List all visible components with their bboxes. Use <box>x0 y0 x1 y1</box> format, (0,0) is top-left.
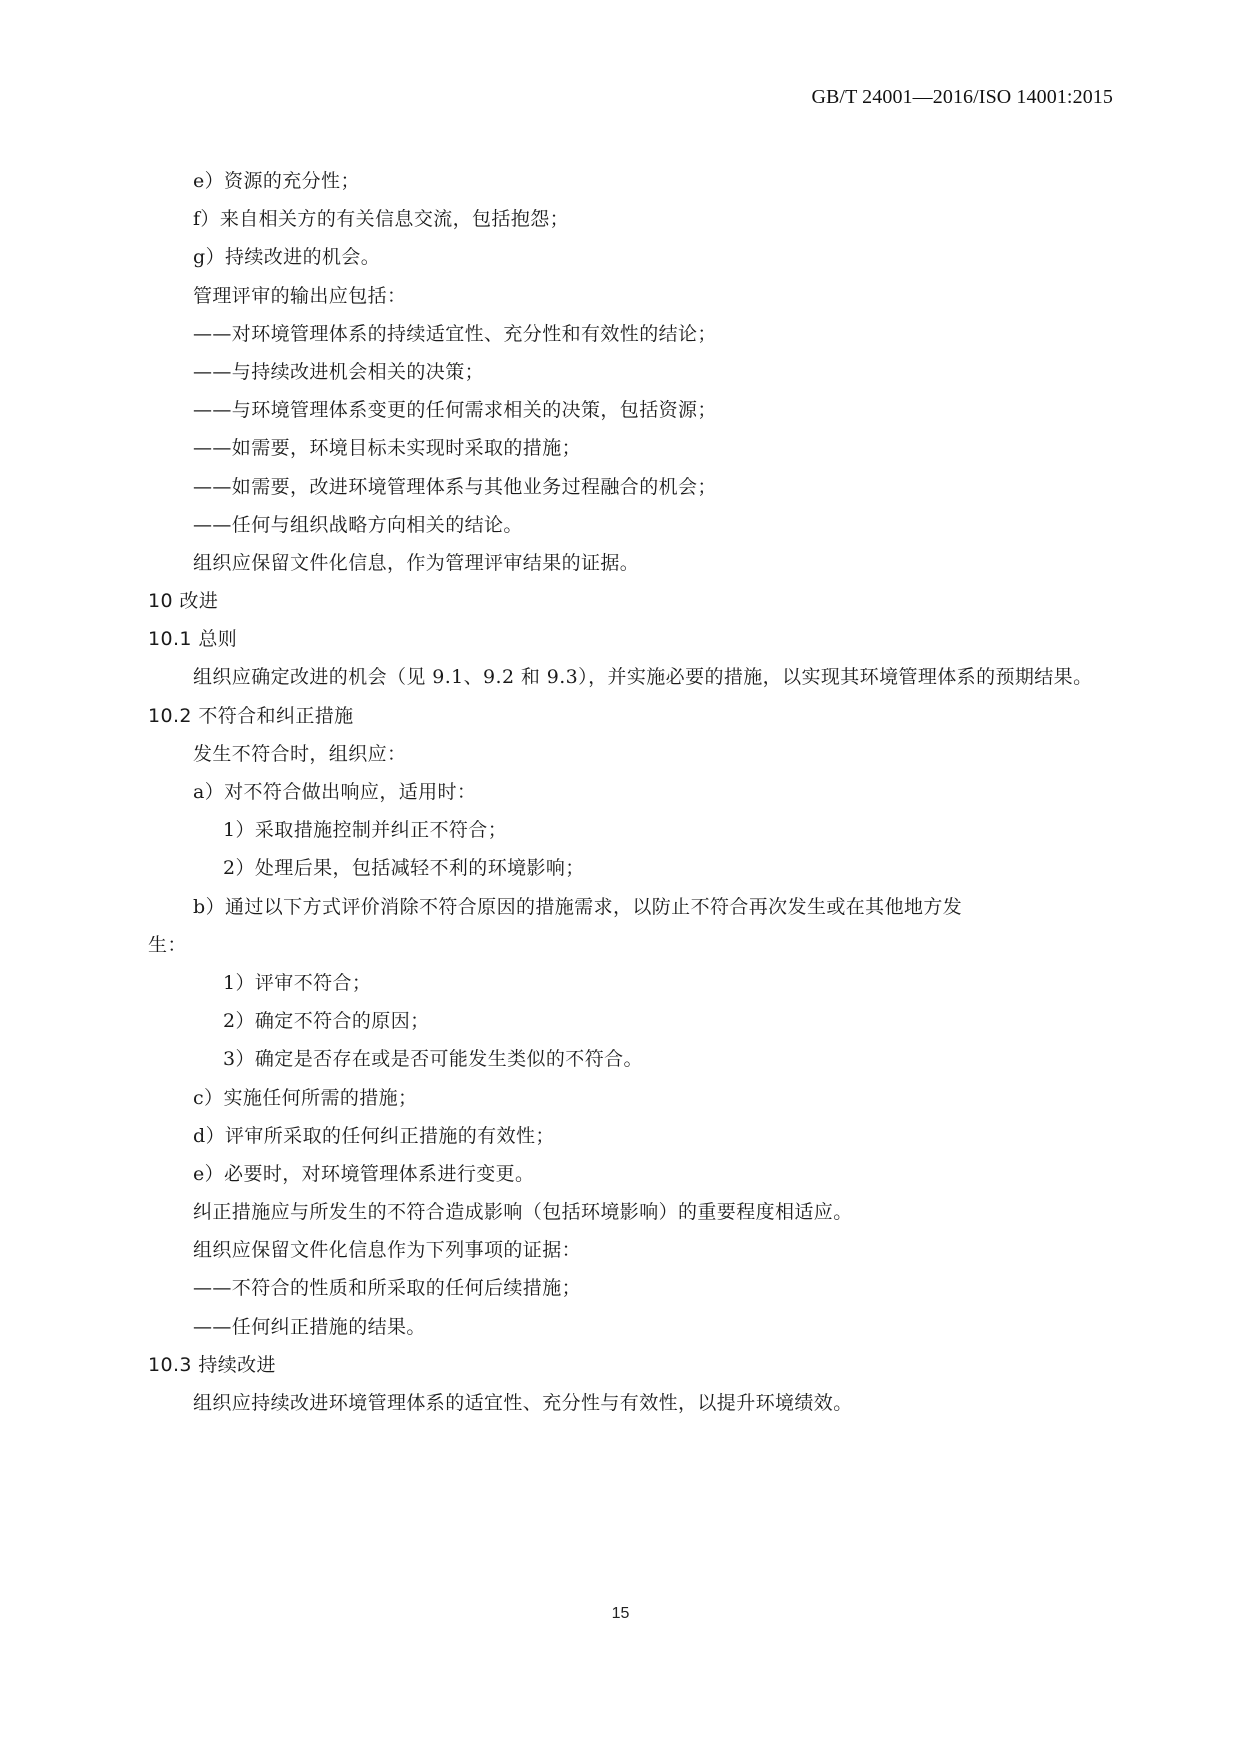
section-heading-10-3: 10.3 持续改进 <box>148 1346 1098 1384</box>
page-number: 15 <box>0 1605 1241 1623</box>
list-item-d: d）评审所采取的任何纠正措施的有效性； <box>148 1117 1098 1155</box>
evidence-intro: 组织应保留文件化信息作为下列事项的证据： <box>148 1231 1098 1269</box>
list-item-e: e）必要时，对环境管理体系进行变更。 <box>148 1155 1098 1193</box>
proportion-paragraph: 纠正措施应与所发生的不符合造成影响（包括环境影响）的重要程度相适应。 <box>148 1193 1098 1231</box>
section-heading-10-2: 10.2 不符合和纠正措施 <box>148 697 1098 735</box>
dash-list-item: ——对环境管理体系的持续适宜性、充分性和有效性的结论； <box>148 315 1098 353</box>
section-heading-10-1: 10.1 总则 <box>148 620 1098 658</box>
document-body: e）资源的充分性； f）来自相关方的有关信息交流，包括抱怨； g）持续改进的机会… <box>148 162 1098 1422</box>
dash-list-item: ——任何与组织战略方向相关的结论。 <box>148 506 1098 544</box>
list-item-c: c）实施任何所需的措施； <box>148 1079 1098 1117</box>
section-10-3-paragraph: 组织应持续改进环境管理体系的适宜性、充分性与有效性，以提升环境绩效。 <box>148 1384 1098 1422</box>
list-item-b-continuation: 生： <box>148 926 1098 964</box>
section-10-2-intro: 发生不符合时，组织应： <box>148 735 1098 773</box>
list-item-g: g）持续改进的机会。 <box>148 238 1098 276</box>
list-item-e: e）资源的充分性； <box>148 162 1098 200</box>
dash-list-item: ——如需要，改进环境管理体系与其他业务过程融合的机会； <box>148 468 1098 506</box>
sub-list-item-b2: 2）确定不符合的原因； <box>148 1002 1098 1040</box>
review-retention-paragraph: 组织应保留文件化信息，作为管理评审结果的证据。 <box>148 544 1098 582</box>
review-outputs-intro: 管理评审的输出应包括： <box>148 277 1098 315</box>
list-item-b: b）通过以下方式评价消除不符合原因的措施需求，以防止不符合再次发生或在其他地方发 <box>148 888 1098 926</box>
dash-list-item: ——如需要，环境目标未实现时采取的措施； <box>148 429 1098 467</box>
standard-code-header: GB/T 24001—2016/ISO 14001:2015 <box>811 86 1113 109</box>
list-item-a: a）对不符合做出响应，适用时： <box>148 773 1098 811</box>
section-10-1-paragraph: 组织应确定改进的机会（见 9.1、9.2 和 9.3），并实施必要的措施，以实现… <box>148 658 1093 696</box>
sub-list-item-a2: 2）处理后果，包括减轻不利的环境影响； <box>148 849 1098 887</box>
section-heading-10: 10 改进 <box>148 582 1098 620</box>
list-item-f: f）来自相关方的有关信息交流，包括抱怨； <box>148 200 1098 238</box>
sub-list-item-b3: 3）确定是否存在或是否可能发生类似的不符合。 <box>148 1040 1098 1078</box>
sub-list-item-a1: 1）采取措施控制并纠正不符合； <box>148 811 1098 849</box>
dash-list-item: ——不符合的性质和所采取的任何后续措施； <box>148 1269 1098 1307</box>
dash-list-item: ——任何纠正措施的结果。 <box>148 1308 1098 1346</box>
dash-list-item: ——与持续改进机会相关的决策； <box>148 353 1098 391</box>
dash-list-item: ——与环境管理体系变更的任何需求相关的决策，包括资源； <box>148 391 1098 429</box>
sub-list-item-b1: 1）评审不符合； <box>148 964 1098 1002</box>
